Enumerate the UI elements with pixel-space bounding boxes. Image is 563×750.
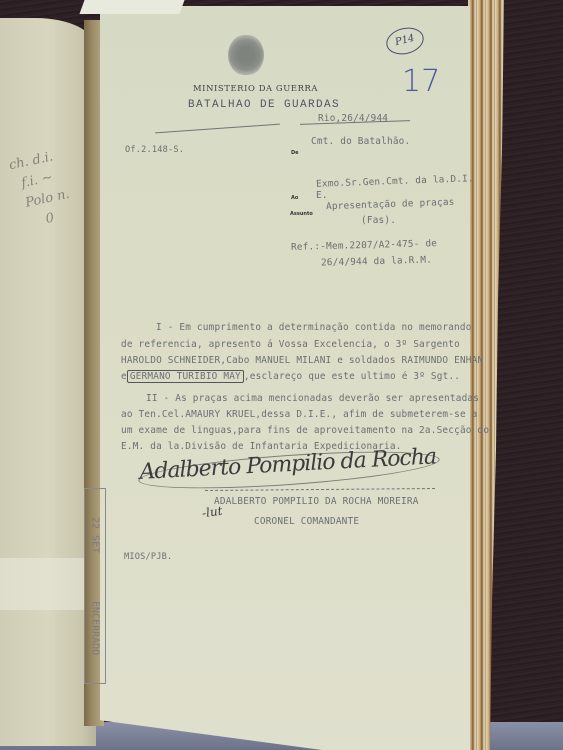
conjunction: e (121, 371, 127, 382)
unit-heading: BATALHAO DE GUARDAS (188, 99, 340, 111)
folio-number: 17 (402, 64, 440, 99)
signatory-name: ADALBERTO POMPILIO DA ROCHA MOREIRA (214, 496, 419, 507)
sender: Cmt. do Batalhão. (311, 136, 410, 147)
typist-reference: MIOS/PJB. (124, 552, 172, 562)
stamp-text-bottom: ENCERRADO (90, 601, 101, 655)
paragraph1-line3: HAROLDO SCHNEIDER,Cabo MANUEL MILANI e s… (121, 355, 483, 366)
clarification: ,esclareço que este ultimo é 3º Sgt.. (244, 371, 460, 382)
margin-stamp: 22 SET ENCERRADO (84, 488, 106, 684)
handwritten-initials: -lut (201, 504, 223, 521)
paragraph1-line1: I - Em cumprimento a determinação contid… (156, 322, 472, 333)
subject-line2: (Fas). (361, 215, 396, 226)
left-curled-page: ch. d.i. f.i. ~ Polo n. 0 (0, 18, 96, 746)
paragraph2-line2: ao Ten.Cel.AMAURY KRUEL,dessa D.I.E., af… (121, 409, 478, 420)
paragraph1-line4: eGERMANO TURIBIO MAY,esclareço que este … (121, 371, 460, 382)
paragraph1-line2: de referencia, apresento á Vossa Excelen… (121, 339, 460, 350)
paragraph2-line3: um exame de linguas,para fins de aprovei… (121, 425, 489, 436)
document-number: Of.2.148-S. (125, 145, 184, 155)
coat-of-arms-icon (228, 34, 264, 76)
to-label: Ao (291, 195, 298, 201)
stamp-text-top: 22 SET (90, 517, 101, 553)
from-label: De (291, 150, 299, 156)
signatory-title: CORONEL COMANDANTE (254, 516, 359, 527)
ministry-heading: MINISTERIO DA GUERRA (193, 83, 318, 93)
subject-label: Assunto (290, 211, 313, 217)
addressee-line2: E. (316, 190, 328, 201)
paper-reflection (0, 558, 84, 610)
place-date: Rio,26/4/944 (318, 113, 388, 124)
boxed-name: GERMANO TURIBIO MAY (127, 370, 244, 383)
paragraph2-line1: II - As praças acima mencionadas deverão… (146, 393, 479, 404)
folded-corner-tab (79, 0, 184, 14)
